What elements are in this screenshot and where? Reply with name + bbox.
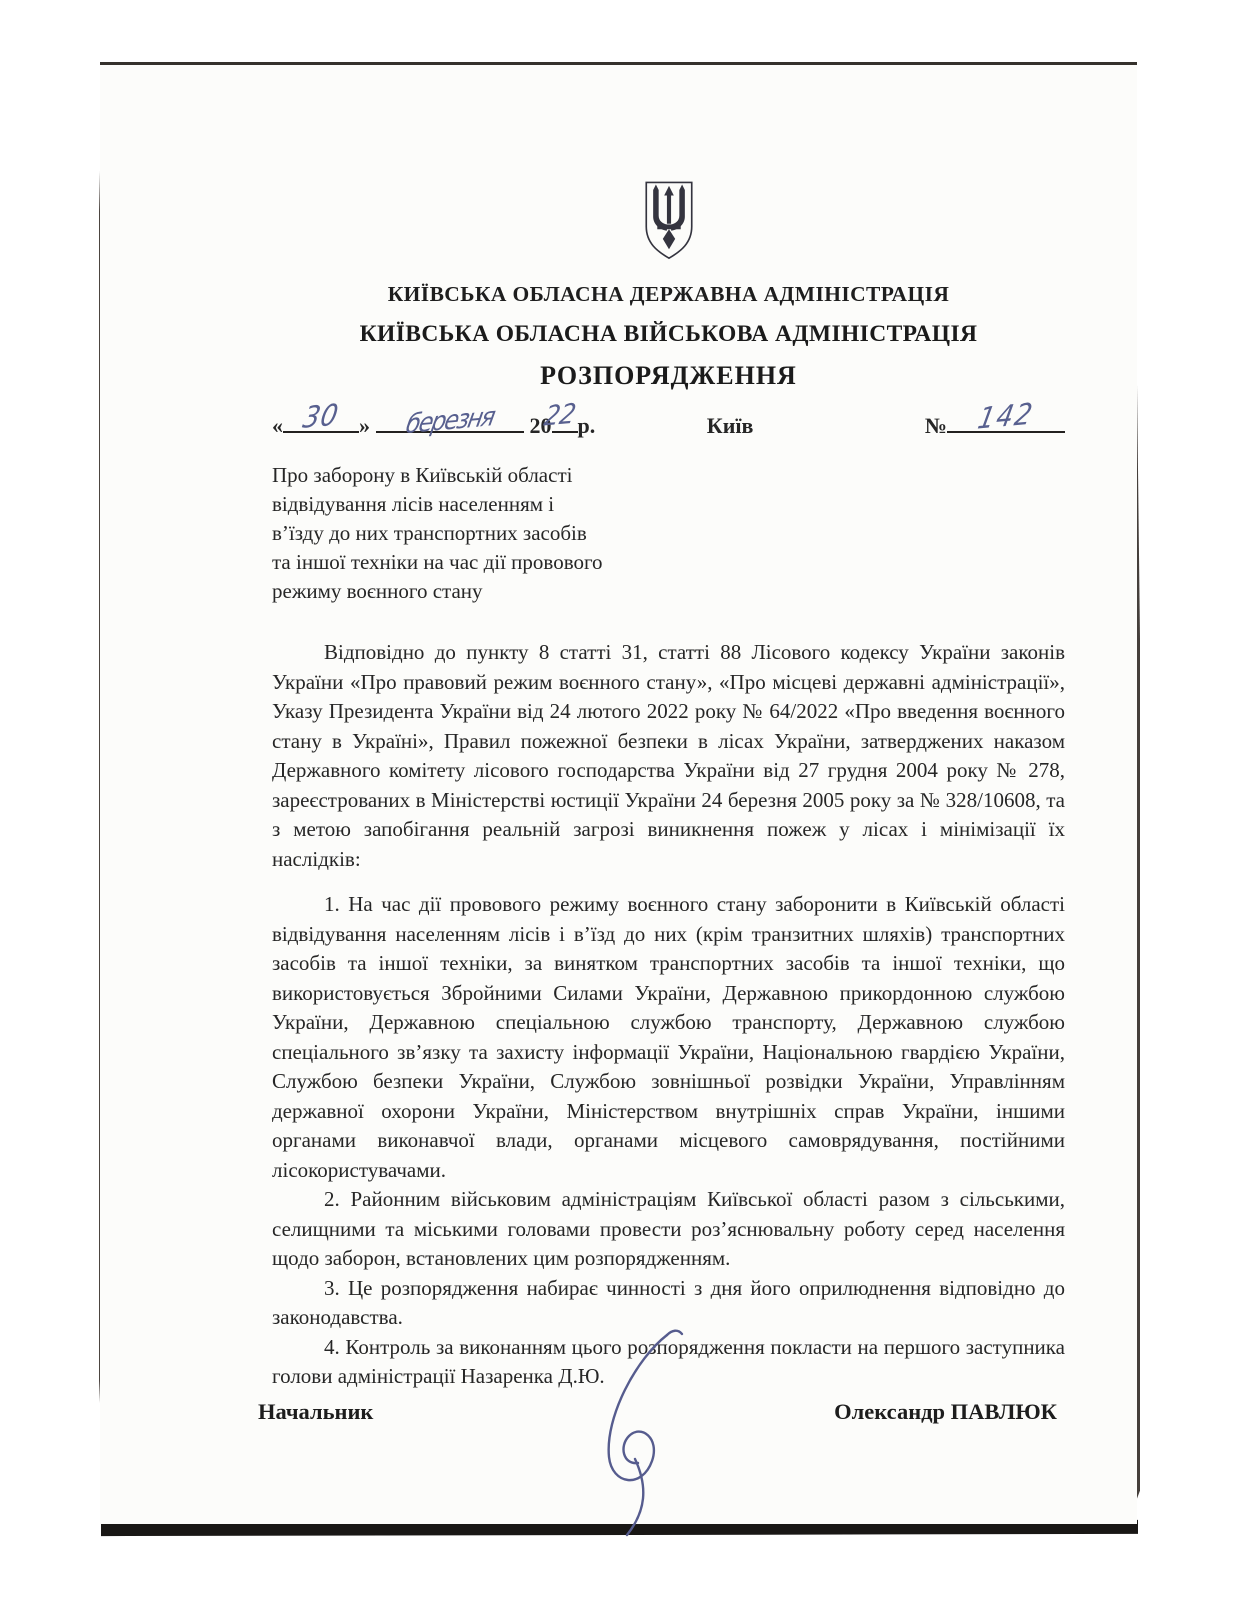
authority-name-military: КИЇВСЬКА ОБЛАСНА ВІЙСЬКОВА АДМІНІСТРАЦІЯ: [272, 321, 1065, 348]
doc-number-segment: №142: [925, 407, 1065, 439]
document-type-title: РОЗПОРЯДЖЕННЯ: [272, 361, 1065, 391]
scanned-document-screenshot: { "document": { "authority_line1": "КИЇВ…: [0, 0, 1237, 1600]
quote-close: »: [359, 413, 370, 438]
document-content: КИЇВСЬКА ОБЛАСНА ДЕРЖАВНА АДМІНІСТРАЦІЯ …: [100, 65, 1137, 1392]
signer-name: Олександр ПАВЛЮК: [834, 1399, 1057, 1425]
paragraph-item-3: 3. Це розпорядження набирає чинності з д…: [272, 1274, 1065, 1333]
authority-name-state: КИЇВСЬКА ОБЛАСНА ДЕРЖАВНА АДМІНІСТРАЦІЯ: [272, 282, 1065, 307]
handwritten-doc-number: 142: [950, 394, 1063, 438]
day-blank: 30: [283, 407, 359, 433]
handwritten-day: 30: [284, 396, 359, 437]
subject-block: Про заборону в Київській області відвіду…: [272, 461, 692, 606]
year-suffix: р.: [578, 413, 596, 438]
paragraph-item-1: 1. На час дії провового режиму воєнного …: [272, 890, 1065, 1185]
doc-number-label: №: [925, 413, 947, 438]
ukraine-trident-icon: [638, 175, 700, 267]
date-and-number-line: «30»березня 2022р. Київ №142: [272, 407, 1065, 439]
city-label: Київ: [595, 413, 925, 439]
paragraph-preamble: Відповідно до пункту 8 статті 31, статті…: [272, 638, 1065, 874]
date-segment: «30»березня 2022р.: [272, 407, 595, 439]
emblem-container: [272, 175, 1065, 272]
quote-open: «: [272, 413, 283, 438]
handwritten-month: березня: [381, 400, 520, 442]
document-page: КИЇВСЬКА ОБЛАСНА ДЕРЖАВНА АДМІНІСТРАЦІЯ …: [100, 62, 1137, 1524]
doc-number-blank: 142: [947, 407, 1065, 433]
handwritten-signature-icon: [572, 1327, 702, 1542]
signature-row: Начальник Олександр ПАВЛЮК: [258, 1399, 1057, 1425]
body-text: Відповідно до пункту 8 статті 31, статті…: [272, 638, 1065, 1392]
printed-year: 20: [530, 413, 552, 438]
paragraph-item-2: 2. Районним військовим адміністраціям Ки…: [272, 1185, 1065, 1274]
month-blank: березня: [376, 407, 524, 433]
year-blank: 22: [552, 407, 578, 433]
signer-position-title: Начальник: [258, 1399, 373, 1425]
